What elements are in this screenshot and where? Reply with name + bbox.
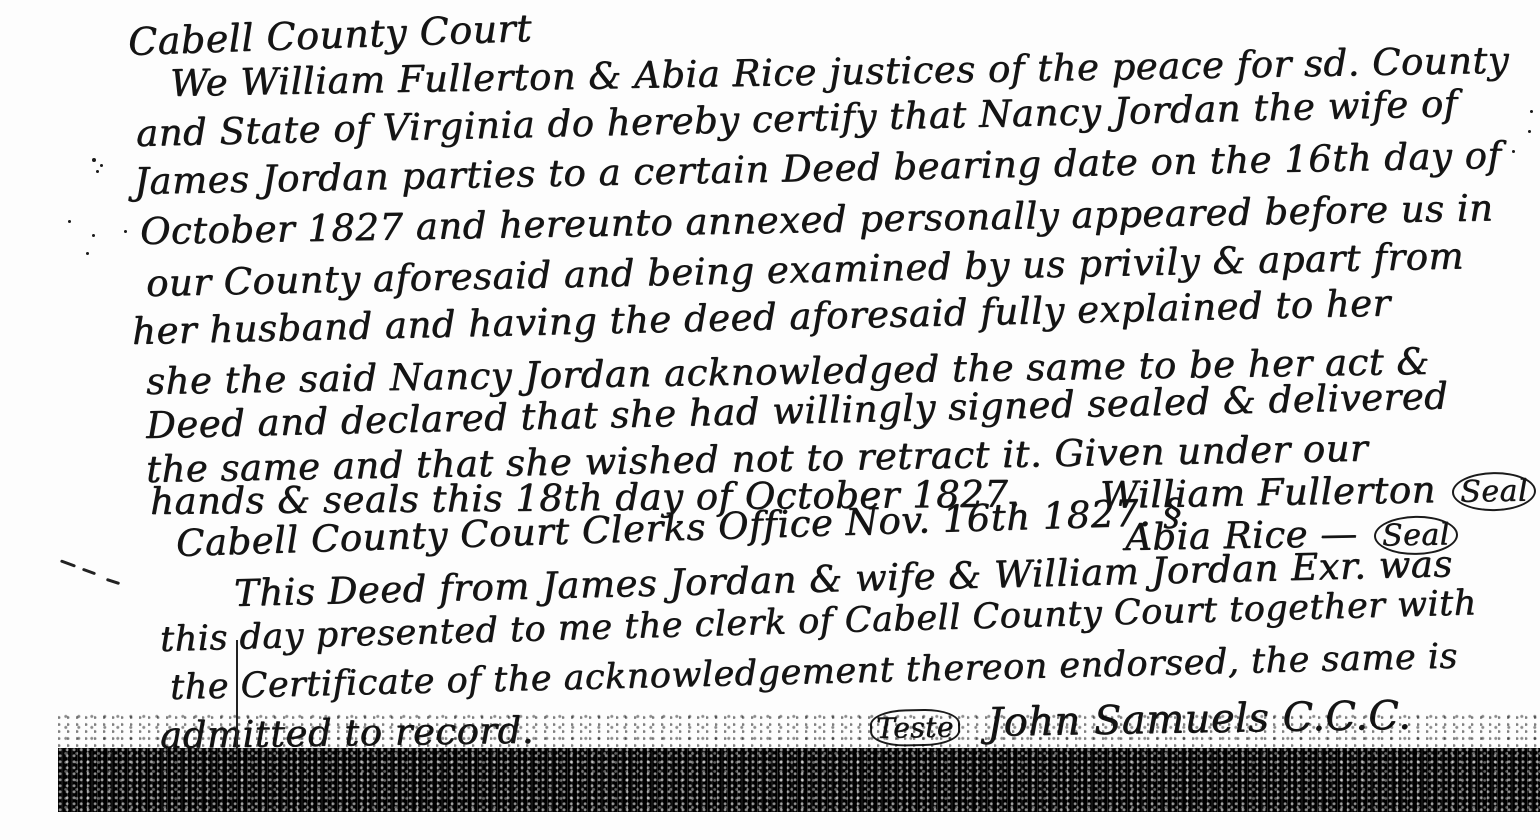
- document-heading: Cabell County Court: [127, 6, 532, 64]
- scan-speckle: [1528, 130, 1531, 133]
- scanned-deed-page: Cabell County Court We William Fullerton…: [0, 0, 1540, 840]
- stray-ink-dash: [106, 578, 120, 585]
- scan-noise-band: [58, 748, 1540, 812]
- seal-icon: Seal: [1452, 471, 1536, 511]
- scan-speckle: [1530, 110, 1533, 113]
- scan-speckle: [86, 252, 89, 255]
- scan-speckle: [68, 220, 71, 223]
- stray-ink-dash: [82, 568, 96, 576]
- stray-ink-dash: [60, 559, 76, 567]
- scan-speckle: [96, 170, 99, 173]
- scan-speckle: [100, 164, 103, 167]
- scan-speckle: [92, 158, 96, 162]
- scan-speckle: [124, 230, 127, 233]
- scan-speckle: [1512, 150, 1515, 153]
- scan-speckle: [92, 234, 95, 237]
